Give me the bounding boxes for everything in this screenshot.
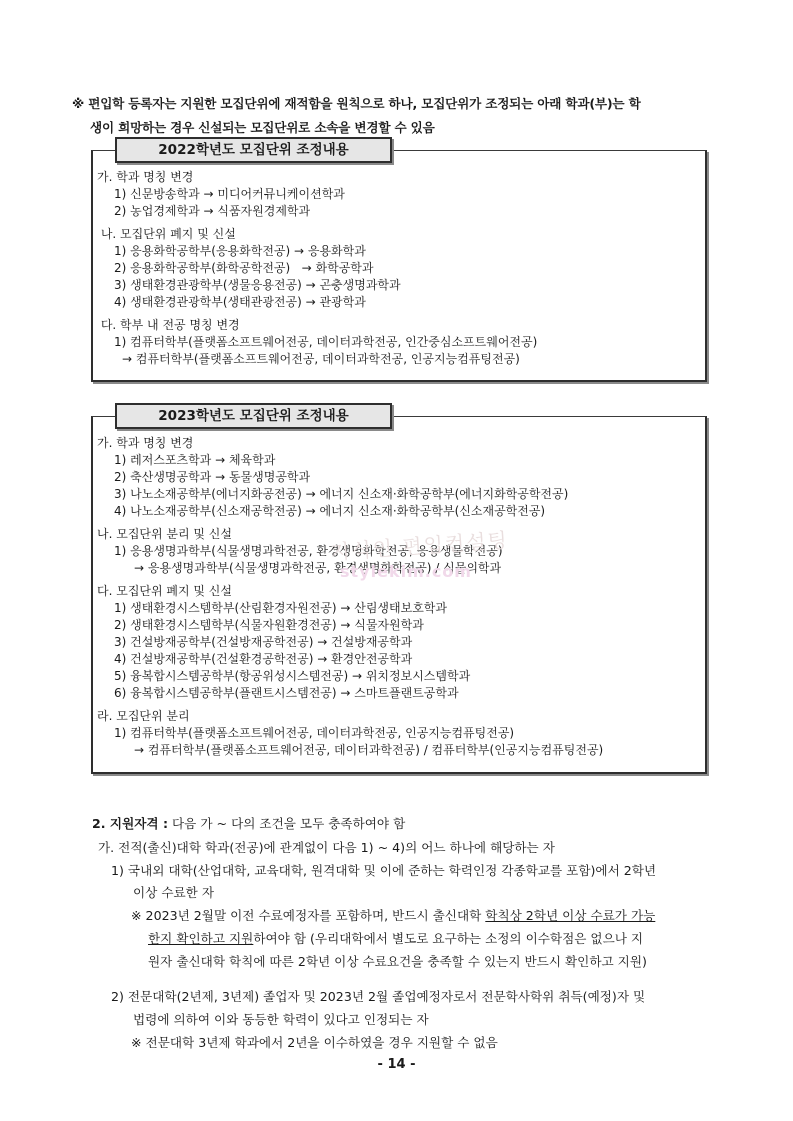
box-title-2022: 2022학년도 모집단위 조정내용 (115, 137, 392, 163)
section-heading: 가. 학과 명칭 변경 (97, 169, 705, 186)
adjustment-box-2023: 2023학년도 모집단위 조정내용 가. 학과 명칭 변경 1) 레저스포츠학과… (91, 416, 707, 774)
list-item: 1) 응용생명과학부(식물생명과학전공, 환경생명화학전공, 응용생물학전공) (97, 543, 705, 560)
qualification-item-1-line-2: 이상 수료한 자 (133, 883, 214, 903)
section-heading: 나. 모집단위 분리 및 신설 (97, 526, 705, 543)
qualification-note-1-line-2: 한지 확인하고 지원하여야 함 (우리대학에서 별도로 요구하는 소정의 이수학… (148, 929, 643, 949)
list-item: 1) 레저스포츠학과 → 체육학과 (97, 452, 705, 469)
note-text: ※ 2023년 2월말 이전 수료예정자를 포함하며, 반드시 출신대학 (131, 908, 485, 923)
qualification-note-1-line-3: 원자 출신대학 학칙에 따른 2학년 이상 수료요건을 충족할 수 있는지 반드… (148, 952, 647, 972)
list-item-continuation: → 컴퓨터학부(플랫폼소프트웨어전공, 데이터과학전공) / 컴퓨터학부(인공지… (97, 742, 705, 759)
qualification-note-1-line-1: ※ 2023년 2월말 이전 수료예정자를 포함하며, 반드시 출신대학 학칙상… (131, 906, 655, 926)
section-da: 다. 학부 내 전공 명칭 변경 1) 컴퓨터학부(플랫폼소프트웨어전공, 데이… (97, 317, 705, 368)
list-item: 1) 응용화학공학부(응용화학전공) → 응용화학과 (97, 243, 705, 260)
qualification-title: 2. 지원자격 : (92, 816, 168, 831)
list-item: 2) 농업경제학과 → 식품자원경제학과 (97, 203, 705, 220)
note-underlined-text: 학칙상 2학년 이상 수료가 가능 (485, 908, 655, 923)
list-item: 6) 융복합시스템공학부(플랜트시스템전공) → 스마트플랜트공학과 (97, 685, 705, 702)
list-item: 4) 나노소재공학부(신소재공학전공) → 에너지 신소재·화학공학부(신소재공… (97, 503, 705, 520)
qualification-item-2-line-2: 법령에 의하여 이와 동등한 학력이 있다고 인정되는 자 (133, 1010, 429, 1030)
note-underlined-text: 한지 확인하고 지원 (148, 931, 253, 946)
section-da: 다. 모집단위 폐지 및 신설 1) 생태환경시스템학부(산림환경자원전공) →… (97, 583, 705, 702)
section-heading: 다. 모집단위 폐지 및 신설 (97, 583, 705, 600)
list-item: 3) 건설방재공학부(건설방재공학전공) → 건설방재공학과 (97, 634, 705, 651)
list-item: 5) 융복합시스템공학부(항공위성시스템전공) → 위치정보시스템학과 (97, 668, 705, 685)
list-item-continuation: → 응용생명과학부(식물생명과학전공, 환경생명화학전공) / 식물의학과 (97, 560, 705, 577)
section-na: 나. 모집단위 폐지 및 신설 1) 응용화학공학부(응용화학전공) → 응용화… (97, 226, 705, 311)
qualification-item-1-line-1: 1) 국내외 대학(산업대학, 교육대학, 원격대학 및 이에 준하는 학력인정… (111, 861, 656, 881)
list-item: 1) 컴퓨터학부(플랫폼소프트웨어전공, 데이터과학전공, 인간중심소프트웨어전… (97, 334, 705, 351)
list-item: 3) 생태환경관광학부(생물응용전공) → 곤충생명과학과 (97, 277, 705, 294)
box-title-2023: 2023학년도 모집단위 조정내용 (115, 403, 392, 429)
notice-line-1: ※ 편입학 등록자는 지원한 모집단위에 재적함을 원칙으로 하나, 모집단위가… (72, 92, 641, 116)
list-item: 1) 신문방송학과 → 미디어커뮤니케이션학과 (97, 186, 705, 203)
qualification-ga: 가. 전적(출신)대학 학과(전공)에 관계없이 다음 1) ~ 4)의 어느 … (98, 838, 555, 858)
section-heading: 나. 모집단위 폐지 및 신설 (97, 226, 705, 243)
qualification-item-2-line-1: 2) 전문대학(2년제, 3년제) 졸업자 및 2023년 2월 졸업예정자로서… (111, 987, 645, 1007)
section-ga: 가. 학과 명칭 변경 1) 레저스포츠학과 → 체육학과 2) 축산생명공학과… (97, 435, 705, 520)
note-text: 하여야 함 (우리대학에서 별도로 요구하는 소정의 이수학점은 없으나 지 (253, 931, 643, 946)
qualification-heading: 2. 지원자격 : 다음 가 ~ 다의 조건을 모두 충족하여야 함 (92, 813, 405, 832)
list-item-continuation: → 컴퓨터학부(플랫폼소프트웨어전공, 데이터과학전공, 인공지능컴퓨팅전공) (97, 351, 705, 368)
transfer-notice: ※ 편입학 등록자는 지원한 모집단위에 재적함을 원칙으로 하나, 모집단위가… (72, 92, 641, 140)
section-ra: 라. 모집단위 분리 1) 컴퓨터학부(플랫폼소프트웨어전공, 데이터과학전공,… (97, 708, 705, 759)
list-item: 4) 생태환경관광학부(생태관광전공) → 관광학과 (97, 294, 705, 311)
list-item: 1) 컴퓨터학부(플랫폼소프트웨어전공, 데이터과학전공, 인공지능컴퓨팅전공) (97, 725, 705, 742)
section-heading: 다. 학부 내 전공 명칭 변경 (97, 317, 705, 334)
section-ga: 가. 학과 명칭 변경 1) 신문방송학과 → 미디어커뮤니케이션학과 2) 농… (97, 169, 705, 220)
list-item: 1) 생태환경시스템학부(산림환경자원전공) → 산림생태보호학과 (97, 600, 705, 617)
list-item: 2) 축산생명공학과 → 동물생명공학과 (97, 469, 705, 486)
list-item: 4) 건설방재공학부(건설환경공학전공) → 환경안전공학과 (97, 651, 705, 668)
page-number: - 14 - (0, 1057, 793, 1072)
qualification-summary: 다음 가 ~ 다의 조건을 모두 충족하여야 함 (168, 816, 405, 831)
section-heading: 가. 학과 명칭 변경 (97, 435, 705, 452)
adjustment-box-2022: 2022학년도 모집단위 조정내용 가. 학과 명칭 변경 1) 신문방송학과 … (91, 150, 707, 382)
section-heading: 라. 모집단위 분리 (97, 708, 705, 725)
qualification-note-2: ※ 전문대학 3년제 학과에서 2년을 이수하였을 경우 지원할 수 없음 (131, 1033, 498, 1053)
section-na: 나. 모집단위 분리 및 신설 1) 응용생명과학부(식물생명과학전공, 환경생… (97, 526, 705, 577)
list-item: 2) 응용화학공학부(화학공학전공) → 화학공학과 (97, 260, 705, 277)
list-item: 3) 나노소재공학부(에너지화공전공) → 에너지 신소재·화학공학부(에너지화… (97, 486, 705, 503)
list-item: 2) 생태환경시스템학부(식물자원환경전공) → 식물자원학과 (97, 617, 705, 634)
